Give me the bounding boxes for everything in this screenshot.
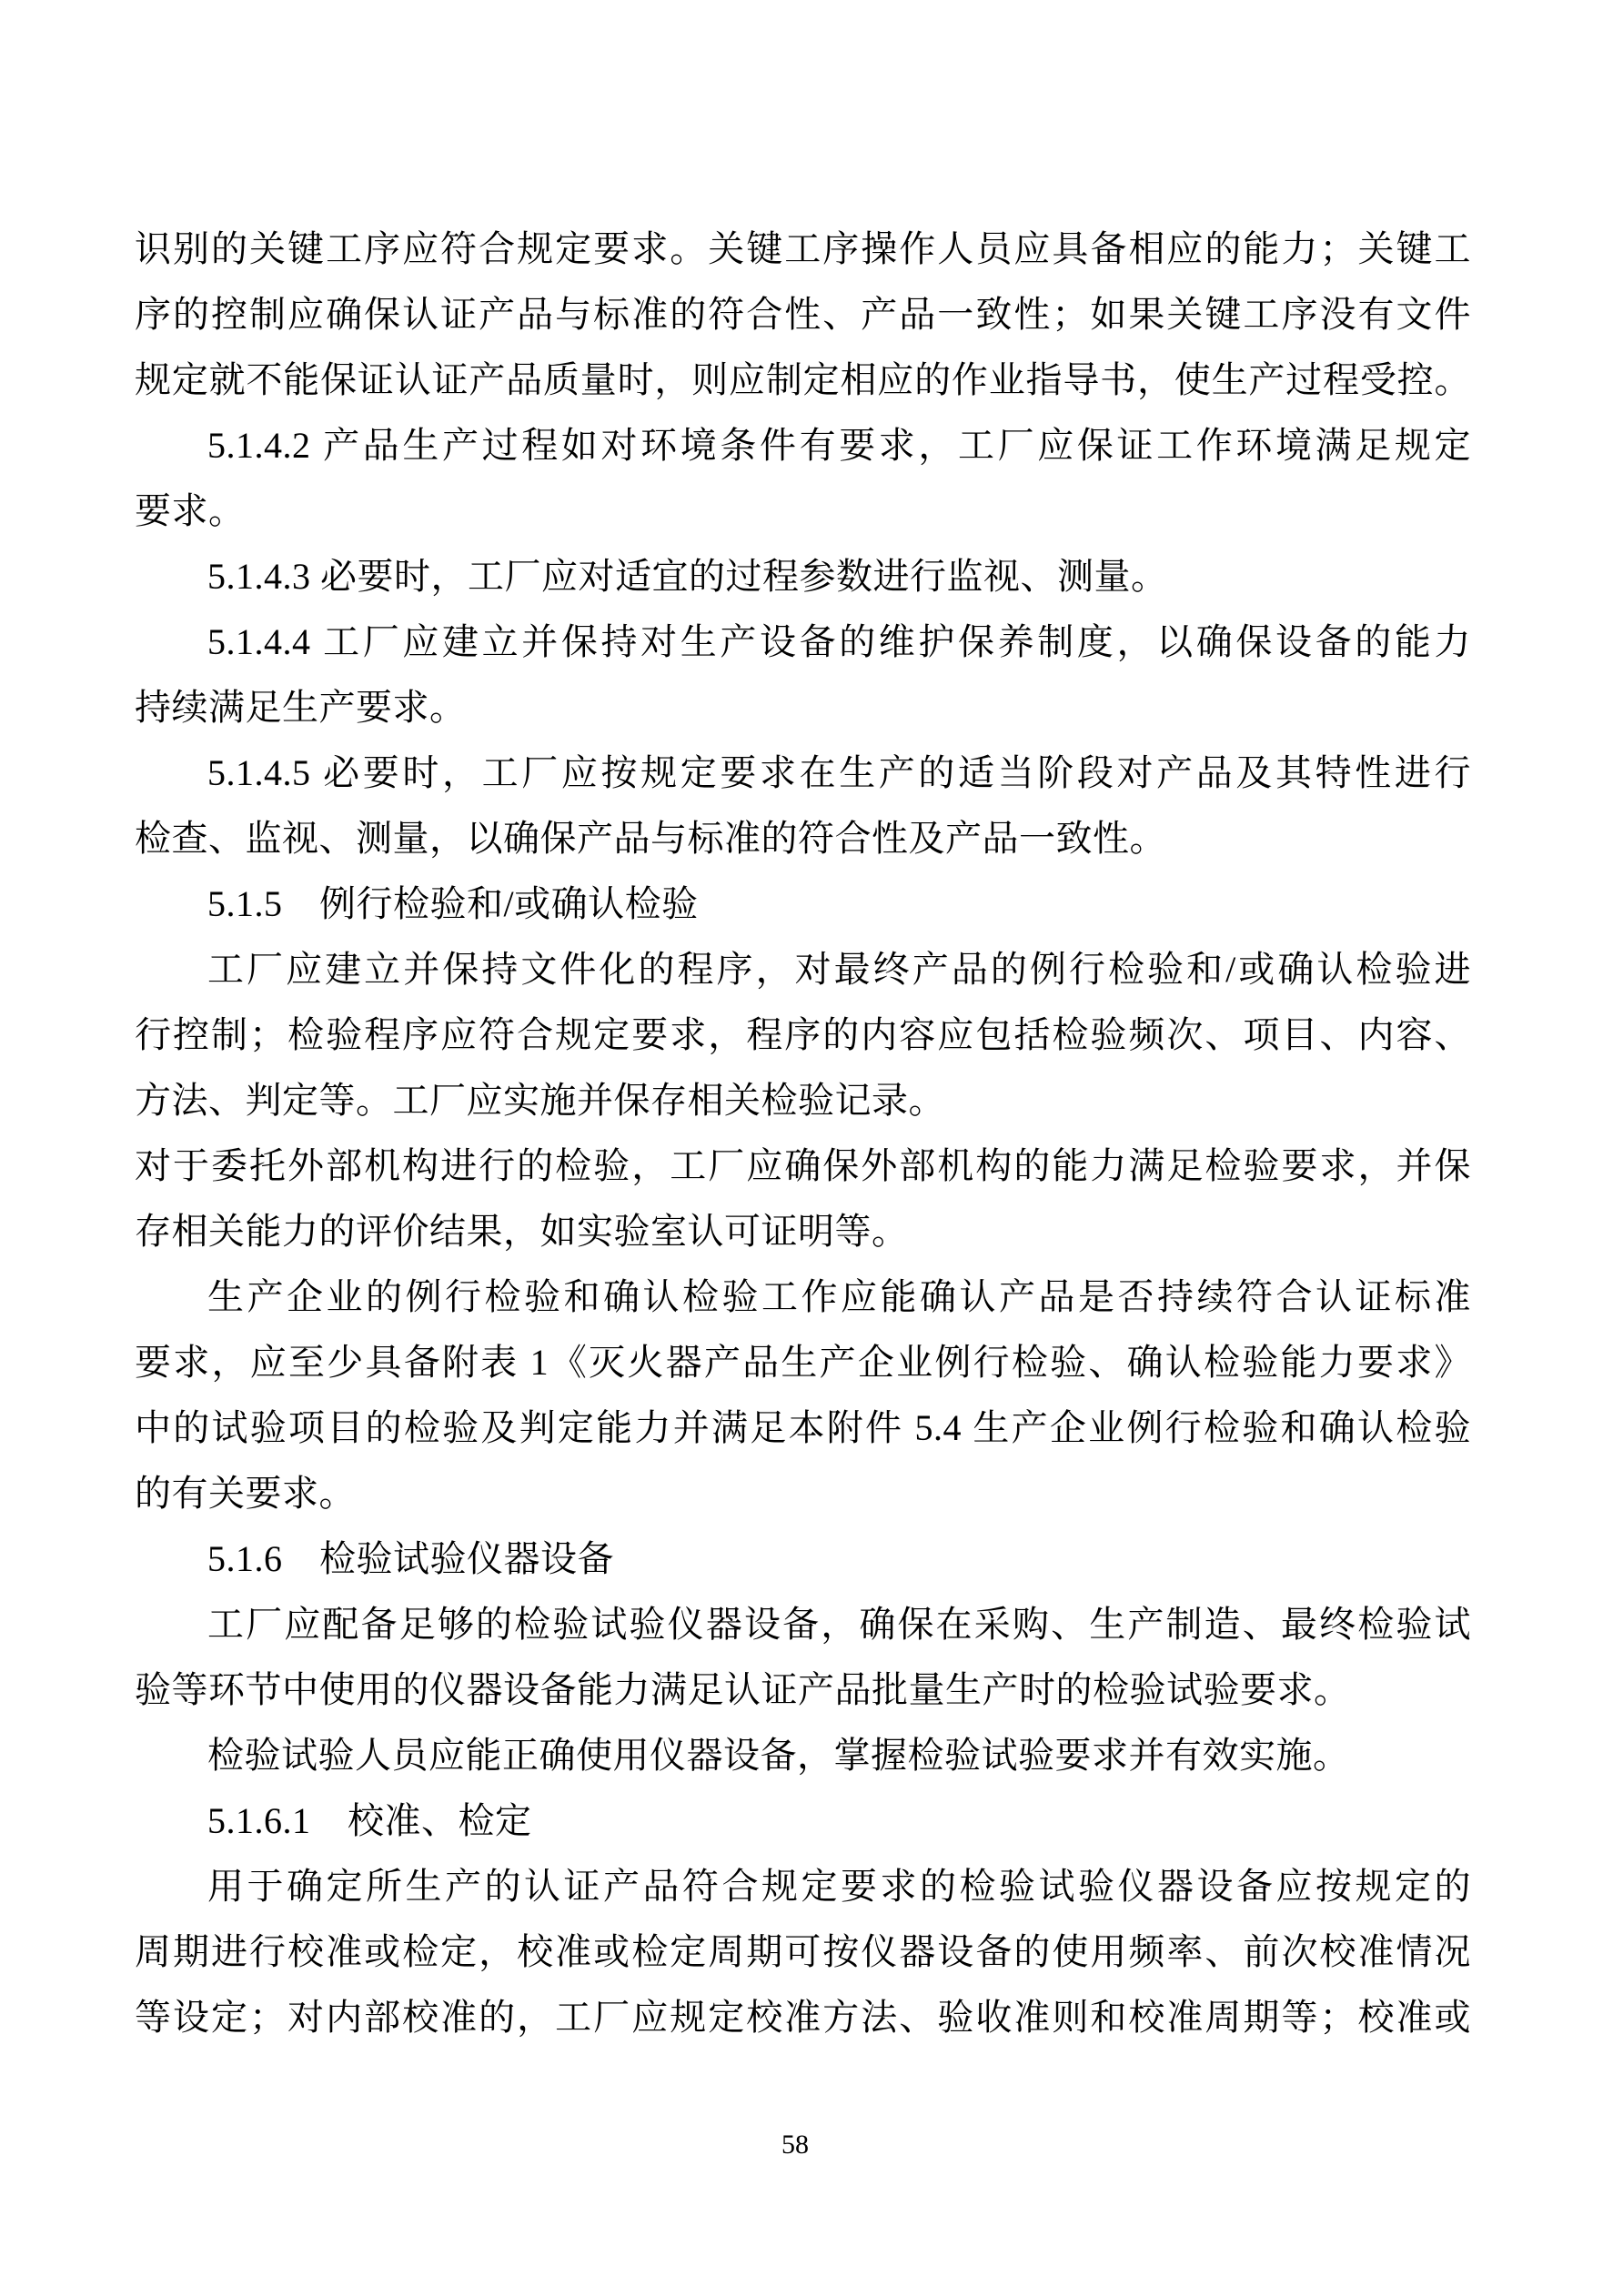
text-line: 周期进行校准或检定，校准或检定周期可按仪器设备的使用频率、前次校准情况 [135,1919,1471,1985]
text-line: 序的控制应确保认证产品与标准的符合性、产品一致性；如果关键工序没有文件 [135,282,1471,347]
document-page: 识别的关键工序应符合规定要求。关键工序操作人员应具备相应的能力；关键工序的控制应… [0,0,1623,2296]
text-line: 的有关要求。 [135,1461,1471,1526]
document-body: 识别的关键工序应符合规定要求。关键工序操作人员应具备相应的能力；关键工序的控制应… [135,217,1471,2050]
text-line: 5.1.6 检验试验仪器设备 [135,1526,1471,1592]
text-line: 5.1.4.4 工厂应建立并保持对生产设备的维护保养制度，以确保设备的能力 [135,609,1471,675]
text-line: 持续满足生产要求。 [135,675,1471,740]
text-line: 中的试验项目的检验及判定能力并满足本附件 5.4 生产企业例行检验和确认检验 [135,1395,1471,1461]
text-line: 要求，应至少具备附表 1《灭火器产品生产企业例行检验、确认检验能力要求》 [135,1330,1471,1395]
text-line: 行控制；检验程序应符合规定要求，程序的内容应包括检验频次、项目、内容、 [135,1002,1471,1068]
text-line: 方法、判定等。工厂应实施并保存相关检验记录。 [135,1068,1471,1133]
text-line: 5.1.5 例行检验和/或确认检验 [135,871,1471,937]
text-line: 存相关能力的评价结果，如实验室认可证明等。 [135,1199,1471,1264]
text-line: 工厂应配备足够的检验试验仪器设备，确保在采购、生产制造、最终检验试 [135,1592,1471,1657]
text-line: 要求。 [135,478,1471,544]
page-footer: 58 [0,2129,1590,2161]
page-number: 58 [781,2130,809,2160]
text-line: 规定就不能保证认证产品质量时，则应制定相应的作业指导书，使生产过程受控。 [135,347,1471,413]
text-line: 用于确定所生产的认证产品符合规定要求的检验试验仪器设备应按规定的 [135,1854,1471,1919]
text-line: 等设定；对内部校准的，工厂应规定校准方法、验收准则和校准周期等；校准或 [135,1985,1471,2050]
text-line: 对于委托外部机构进行的检验，工厂应确保外部机构的能力满足检验要求，并保 [135,1133,1471,1199]
text-line: 验等环节中使用的仪器设备能力满足认证产品批量生产时的检验试验要求。 [135,1657,1471,1723]
text-line: 检验试验人员应能正确使用仪器设备，掌握检验试验要求并有效实施。 [135,1723,1471,1788]
text-line: 5.1.4.2 产品生产过程如对环境条件有要求，工厂应保证工作环境满足规定 [135,413,1471,478]
text-line: 识别的关键工序应符合规定要求。关键工序操作人员应具备相应的能力；关键工 [135,217,1471,282]
text-line: 5.1.4.3 必要时，工厂应对适宜的过程参数进行监视、测量。 [135,544,1471,609]
text-line: 5.1.6.1 校准、检定 [135,1788,1471,1854]
text-line: 生产企业的例行检验和确认检验工作应能确认产品是否持续符合认证标准 [135,1264,1471,1330]
text-line: 工厂应建立并保持文件化的程序，对最终产品的例行检验和/或确认检验进 [135,937,1471,1002]
text-line: 5.1.4.5 必要时，工厂应按规定要求在生产的适当阶段对产品及其特性进行 [135,740,1471,806]
text-line: 检查、监视、测量，以确保产品与标准的符合性及产品一致性。 [135,806,1471,871]
